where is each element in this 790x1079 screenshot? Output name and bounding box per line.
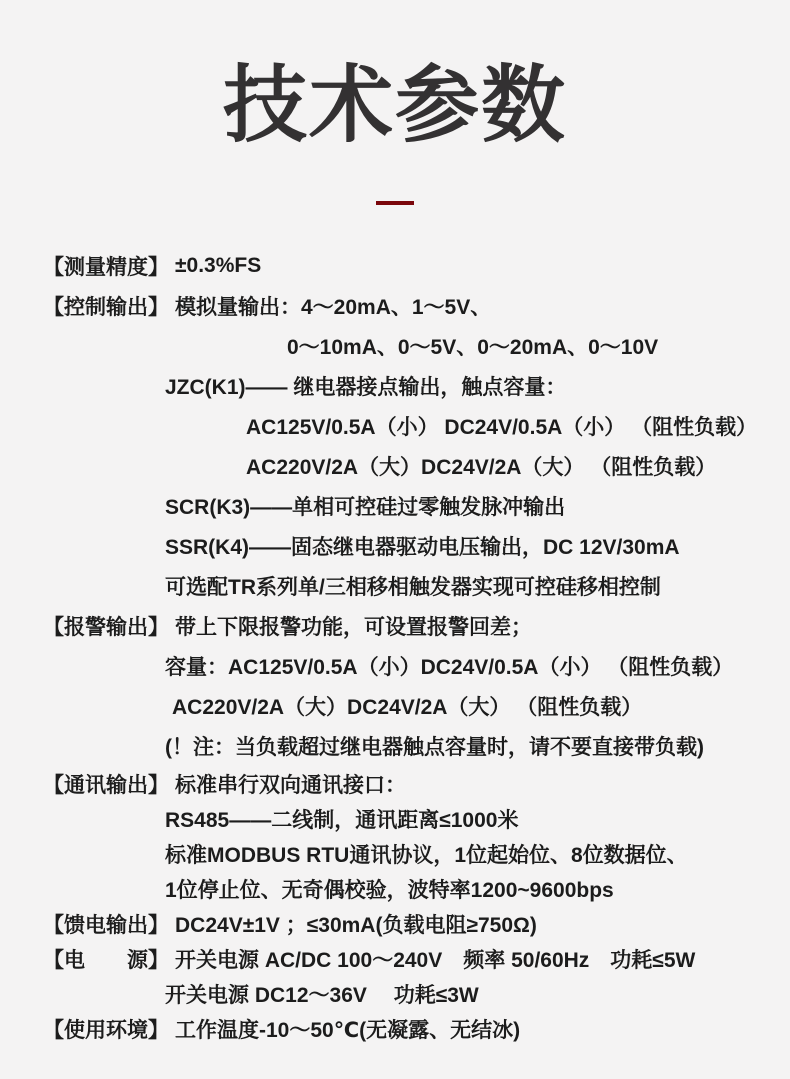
spec-label: 【测量精度】: [43, 251, 169, 281]
spec-line-comm-output: 【通讯输出】 标准串行双向通讯接口：: [0, 766, 790, 801]
spec-text: AC220V/2A（大）DC24V/2A（大） （阻性负载）: [172, 691, 642, 721]
spec-text: 标准串行双向通讯接口：: [175, 769, 406, 799]
spec-list: 【测量精度】 ±0.3%FS 【控制输出】 模拟量输出：4～20mA、1～5V、…: [0, 205, 790, 1046]
spec-line-control-output: 【控制输出】 模拟量输出：4～20mA、1～5V、: [0, 286, 790, 326]
spec-text: 可选配TR系列单/三相移相触发器实现可控硅移相控制: [165, 571, 661, 601]
spec-label: 【控制输出】: [43, 291, 169, 321]
spec-line-power-supply-dc: 开关电源 DC12～36V 功耗≤3W: [0, 976, 790, 1011]
spec-line-jzc-relay: JZC(K1)—— 继电器接点输出，触点容量：: [0, 366, 790, 406]
spec-text: 容量：AC125V/0.5A（小）DC24V/0.5A（小） （阻性负载）: [165, 651, 733, 681]
spec-text: 开关电源 DC12～36V 功耗≤3W: [165, 979, 479, 1009]
spec-line-environment: 【使用环境】 工作温度-10～50℃(无凝露、无结冰): [0, 1011, 790, 1046]
spec-sheet: 技术参数 【测量精度】 ±0.3%FS 【控制输出】 模拟量输出：4～20mA、…: [0, 0, 790, 1079]
spec-line-baudrate: 1位停止位、无奇偶校验，波特率1200~9600bps: [0, 871, 790, 906]
spec-text: 标准MODBUS RTU通讯协议，1位起始位、8位数据位、: [165, 839, 688, 869]
spec-text: 工作温度-10～50℃(无凝露、无结冰): [175, 1014, 520, 1044]
page-title: 技术参数: [0, 56, 790, 155]
spec-line-feed-output: 【馈电输出】 DC24V±1V ；≤30mA(负载电阻≥750Ω): [0, 906, 790, 941]
spec-label: 【使用环境】: [43, 1014, 169, 1044]
spec-text: AC125V/0.5A（小） DC24V/0.5A（小） （阻性负载）: [246, 411, 757, 441]
spec-line-alarm-capacity-large: AC220V/2A（大）DC24V/2A（大） （阻性负载）: [0, 686, 790, 726]
spec-text: 1位停止位、无奇偶校验，波特率1200~9600bps: [165, 874, 614, 904]
spec-text: RS485——二线制，通讯距离≤1000米: [165, 804, 518, 834]
spec-line-measure-accuracy: 【测量精度】 ±0.3%FS: [0, 246, 790, 286]
spec-line-relay-rating-large: AC220V/2A（大）DC24V/2A（大） （阻性负载）: [0, 446, 790, 486]
spec-text: SCR(K3)——单相可控硅过零触发脉冲输出: [165, 491, 565, 521]
spec-line-power-supply: 【电 源】 开关电源 AC/DC 100～240V 频率 50/60Hz 功耗≤…: [0, 941, 790, 976]
spec-label: 【电 源】: [43, 944, 169, 974]
spec-label: 【馈电输出】: [43, 909, 169, 939]
spec-text: JZC(K1)—— 继电器接点输出，触点容量：: [165, 371, 566, 401]
spec-text: (！注：当负载超过继电器触点容量时，请不要直接带负载): [165, 731, 704, 761]
spec-line-scr-output: SCR(K3)——单相可控硅过零触发脉冲输出: [0, 486, 790, 526]
spec-text: 模拟量输出：4～20mA、1～5V、: [175, 291, 491, 321]
spec-line-alarm-output: 【报警输出】 带上下限报警功能，可设置报警回差；: [0, 606, 790, 646]
header: 技术参数: [0, 0, 790, 205]
spec-text: 开关电源 AC/DC 100～240V 频率 50/60Hz 功耗≤5W: [175, 944, 695, 974]
spec-line-analog-ranges: 0～10mA、0～5V、0～20mA、0～10V: [0, 326, 790, 366]
spec-text: DC24V±1V ；≤30mA(负载电阻≥750Ω): [175, 909, 537, 939]
spec-text: 0～10mA、0～5V、0～20mA、0～10V: [287, 331, 658, 361]
spec-line-ssr-output: SSR(K4)——固态继电器驱动电压输出，DC 12V/30mA: [0, 526, 790, 566]
spec-line-tr-option: 可选配TR系列单/三相移相触发器实现可控硅移相控制: [0, 566, 790, 606]
spec-label: 【通讯输出】: [43, 769, 169, 799]
spec-line-modbus: 标准MODBUS RTU通讯协议，1位起始位、8位数据位、: [0, 836, 790, 871]
spec-line-relay-rating-small: AC125V/0.5A（小） DC24V/0.5A（小） （阻性负载）: [0, 406, 790, 446]
spec-line-rs485: RS485——二线制，通讯距离≤1000米: [0, 801, 790, 836]
spec-text: SSR(K4)——固态继电器驱动电压输出，DC 12V/30mA: [165, 531, 680, 561]
spec-line-alarm-capacity-small: 容量：AC125V/0.5A（小）DC24V/0.5A（小） （阻性负载）: [0, 646, 790, 686]
spec-text: AC220V/2A（大）DC24V/2A（大） （阻性负载）: [246, 451, 716, 481]
spec-text: ±0.3%FS: [175, 254, 261, 278]
spec-text: 带上下限报警功能，可设置报警回差；: [175, 611, 532, 641]
spec-line-alarm-note: (！注：当负载超过继电器触点容量时，请不要直接带负载): [0, 726, 790, 766]
spec-label: 【报警输出】: [43, 611, 169, 641]
